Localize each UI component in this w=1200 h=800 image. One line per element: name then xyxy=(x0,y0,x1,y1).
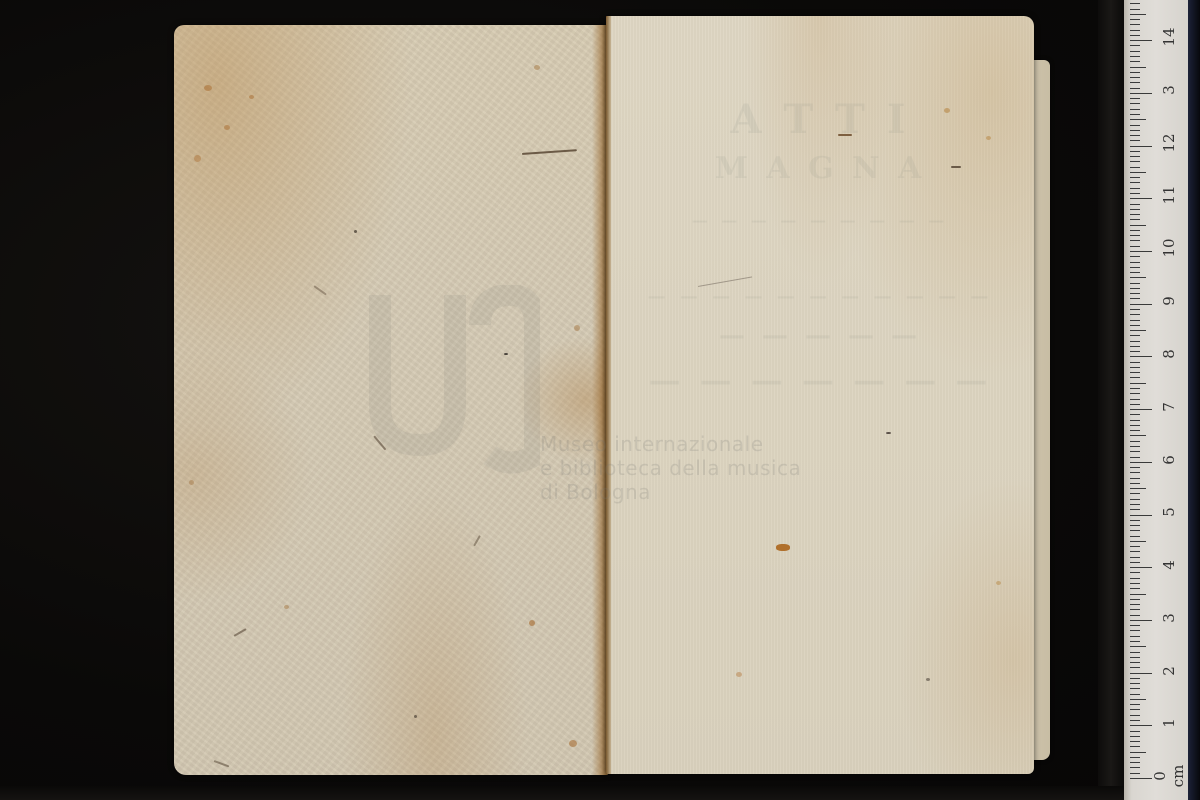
ruler-number: 3 xyxy=(1160,75,1178,105)
ruler-tick xyxy=(1130,562,1140,563)
ruler-tick xyxy=(1130,167,1140,168)
ruler-tick xyxy=(1130,298,1140,299)
ruler-tick xyxy=(1130,182,1140,183)
watermark-line-3: di Bologna xyxy=(540,480,651,504)
ruler-tick xyxy=(1130,351,1140,352)
ruler-tick xyxy=(1130,130,1140,131)
bleed-through-line: M A G N A xyxy=(715,151,926,186)
ruler-tick xyxy=(1130,30,1140,31)
ruler-tick xyxy=(1130,277,1146,278)
ruler-tick xyxy=(1130,652,1140,653)
ruler-tick xyxy=(1130,77,1140,78)
ruler-tick xyxy=(1130,504,1140,505)
watermark-text: Museo internazionale e biblioteca della … xyxy=(540,432,801,504)
ruler-tick xyxy=(1130,536,1140,537)
ruler-tick xyxy=(1130,694,1140,695)
ruler-tick xyxy=(1130,667,1140,668)
ruler-number: 9 xyxy=(1160,286,1178,316)
ruler-tick xyxy=(1130,114,1140,115)
ruler-tick xyxy=(1130,72,1140,73)
ruler-tick xyxy=(1130,551,1140,552)
watermark-line-2: e biblioteca della musica xyxy=(540,456,801,480)
ruler-tick xyxy=(1130,272,1140,273)
ruler-tick xyxy=(1130,520,1140,521)
ruler-tick xyxy=(1130,414,1140,415)
ruler-tick xyxy=(1130,109,1140,110)
ruler-number: 1 xyxy=(1160,708,1178,738)
ruler-tick xyxy=(1130,704,1140,705)
ruler-number: 14 xyxy=(1160,22,1178,52)
frame-bottom xyxy=(0,786,1124,800)
ruler-tick xyxy=(1130,341,1140,342)
ruler-tick xyxy=(1130,767,1140,768)
ruler-tick xyxy=(1130,372,1140,373)
ruler-tick xyxy=(1130,420,1140,421)
ruler-tick xyxy=(1130,103,1140,104)
ruler-tick xyxy=(1130,720,1140,721)
ruler-tick xyxy=(1130,646,1146,647)
ruler-tick xyxy=(1130,699,1146,700)
ruler-unit-label: 0 cm xyxy=(1151,761,1187,791)
ruler-tick xyxy=(1130,88,1140,89)
ruler-number: 8 xyxy=(1160,339,1178,369)
ruler-tick xyxy=(1130,283,1140,284)
ruler-tick xyxy=(1130,61,1140,62)
ruler-tick xyxy=(1130,541,1146,542)
ruler-tick xyxy=(1130,67,1146,68)
ruler-tick xyxy=(1130,288,1140,289)
ruler-number: 7 xyxy=(1160,392,1178,422)
ruler-tick xyxy=(1130,388,1140,389)
ruler-tick xyxy=(1130,246,1140,247)
ruler-tick xyxy=(1130,441,1140,442)
ruler-tick xyxy=(1130,377,1140,378)
ruler-tick xyxy=(1130,125,1140,126)
ruler-number: 2 xyxy=(1160,656,1178,686)
ruler-tick xyxy=(1130,330,1146,331)
ruler-tick xyxy=(1130,673,1152,674)
ruler-tick xyxy=(1130,546,1140,547)
ruler-tick xyxy=(1130,393,1140,394)
ruler-tick xyxy=(1130,525,1140,526)
spine-edge xyxy=(606,16,611,774)
bleed-through-line: — — — — — xyxy=(719,321,921,351)
ruler-tick xyxy=(1130,773,1140,774)
ruler-tick xyxy=(1130,56,1140,57)
bleed-through-line: — — — — — — — — — — — xyxy=(648,286,993,307)
ruler-tick xyxy=(1130,588,1140,589)
ruler-tick xyxy=(1130,678,1140,679)
ruler-tick xyxy=(1130,557,1140,558)
ruler-tick xyxy=(1130,98,1140,99)
ruler-tick xyxy=(1130,82,1140,83)
ruler-tick xyxy=(1130,657,1140,658)
ruler-tick xyxy=(1130,9,1140,10)
ruler-tick xyxy=(1130,45,1140,46)
ruler-tick xyxy=(1130,567,1152,568)
bleed-through-line: A T T I xyxy=(730,96,909,143)
bleed-through-line: — — — — — — — xyxy=(649,361,992,399)
ruler-tick xyxy=(1130,3,1140,4)
ruler-tick xyxy=(1130,219,1140,220)
ruler-tick xyxy=(1130,251,1152,252)
ruler-tick xyxy=(1130,325,1140,326)
ruler-tick xyxy=(1130,467,1140,468)
ruler-tick xyxy=(1130,293,1140,294)
ruler-tick xyxy=(1130,457,1140,458)
ruler-tick xyxy=(1130,688,1140,689)
ruler-tick xyxy=(1130,309,1140,310)
ruler-tick xyxy=(1130,725,1152,726)
ruler-tick xyxy=(1130,620,1152,621)
ruler-tick xyxy=(1130,214,1140,215)
ruler-tick xyxy=(1130,146,1152,147)
ruler-tick xyxy=(1130,731,1140,732)
ruler-tick xyxy=(1130,225,1146,226)
ruler-tick xyxy=(1130,446,1140,447)
ruler-tick xyxy=(1130,24,1140,25)
ruler-tick xyxy=(1130,399,1140,400)
frame-edge xyxy=(1098,0,1124,800)
ruler-tick xyxy=(1130,193,1140,194)
ruler-tick xyxy=(1130,430,1140,431)
ruler-tick xyxy=(1130,472,1140,473)
ruler-tick xyxy=(1130,746,1140,747)
ruler-tick xyxy=(1130,335,1140,336)
ruler-tick xyxy=(1130,267,1140,268)
ruler-tick xyxy=(1130,135,1140,136)
ruler-tick xyxy=(1130,578,1140,579)
ruler-tick xyxy=(1130,172,1146,173)
ruler-tick xyxy=(1130,383,1146,384)
museum-logo-watermark-icon xyxy=(360,285,540,475)
ruler-tick xyxy=(1130,451,1140,452)
ruler-tick xyxy=(1130,604,1140,605)
ruler-tick xyxy=(1130,156,1140,157)
ruler-tick xyxy=(1130,515,1152,516)
centimetre-ruler: 0 cm 1 2 3 4 5 6 7 8 9 10 11 12 3 14 xyxy=(1124,0,1188,800)
ruler-tick xyxy=(1130,435,1146,436)
ruler-tick xyxy=(1130,161,1140,162)
ruler-tick xyxy=(1130,462,1152,463)
ruler-tick xyxy=(1130,151,1140,152)
ruler-tick xyxy=(1130,683,1140,684)
ruler-tick xyxy=(1130,235,1140,236)
ruler-tick xyxy=(1130,778,1152,779)
ruler-tick xyxy=(1130,709,1140,710)
right-page: A T T I M A G N A — — — — — — — — — — — … xyxy=(606,16,1034,774)
ruler-tick xyxy=(1130,530,1140,531)
ruler-tick xyxy=(1130,641,1140,642)
ruler-number: 12 xyxy=(1160,128,1178,158)
ruler-tick xyxy=(1130,356,1152,357)
ruler-tick xyxy=(1130,625,1140,626)
ruler-tick xyxy=(1130,119,1146,120)
ruler-tick xyxy=(1130,367,1140,368)
ruler-tick xyxy=(1130,609,1140,610)
ruler-tick xyxy=(1130,362,1140,363)
ruler-tick xyxy=(1130,493,1140,494)
ruler-tick xyxy=(1130,409,1152,410)
ruler-tick xyxy=(1130,262,1140,263)
ruler-tick xyxy=(1130,35,1140,36)
ruler-tick xyxy=(1130,615,1140,616)
ruler-tick xyxy=(1130,209,1140,210)
ruler-tick xyxy=(1130,594,1146,595)
ruler-tick xyxy=(1130,583,1140,584)
ruler-tick xyxy=(1130,483,1140,484)
ruler-tick xyxy=(1130,40,1152,41)
ruler-tick xyxy=(1130,314,1140,315)
ruler-number: 4 xyxy=(1160,550,1178,580)
ruler-tick xyxy=(1130,752,1146,753)
ruler-tick xyxy=(1130,499,1140,500)
ruler-tick xyxy=(1130,19,1140,20)
ruler-tick xyxy=(1130,572,1140,573)
ruler-tick xyxy=(1130,736,1140,737)
ruler-tick xyxy=(1130,662,1140,663)
bleed-through-line: — — — — — — — — — xyxy=(692,211,949,230)
ruler-tick xyxy=(1130,204,1140,205)
ruler-tick xyxy=(1130,488,1146,489)
ruler-tick xyxy=(1130,14,1146,15)
ruler-shadow xyxy=(1188,0,1200,800)
ruler-tick xyxy=(1130,320,1140,321)
ruler-tick xyxy=(1130,599,1140,600)
ruler-tick xyxy=(1130,93,1152,94)
ruler-tick xyxy=(1130,425,1140,426)
ruler-tick xyxy=(1130,346,1140,347)
ruler-tick xyxy=(1130,304,1152,305)
ruler-number: 5 xyxy=(1160,497,1178,527)
watermark-line-1: Museo internazionale xyxy=(540,432,764,456)
ruler-number: 3 xyxy=(1160,603,1178,633)
ruler-tick xyxy=(1130,198,1152,199)
ruler-tick xyxy=(1130,762,1140,763)
ruler-tick xyxy=(1130,188,1140,189)
ruler-tick xyxy=(1130,256,1140,257)
ruler-tick xyxy=(1130,240,1140,241)
ruler-tick xyxy=(1130,630,1140,631)
ruler-number: 11 xyxy=(1160,180,1178,210)
ruler-tick xyxy=(1130,636,1140,637)
ruler-tick xyxy=(1130,230,1140,231)
ruler-number: 6 xyxy=(1160,445,1178,475)
ruler-tick xyxy=(1130,140,1140,141)
ruler-tick xyxy=(1130,741,1140,742)
ruler-tick xyxy=(1130,509,1140,510)
ruler-tick xyxy=(1130,715,1140,716)
ruler-tick xyxy=(1130,404,1140,405)
ruler-tick xyxy=(1130,177,1140,178)
ruler-tick xyxy=(1130,478,1140,479)
ruler-tick xyxy=(1130,757,1140,758)
ruler-number: 10 xyxy=(1160,233,1178,263)
ruler-tick xyxy=(1130,51,1140,52)
